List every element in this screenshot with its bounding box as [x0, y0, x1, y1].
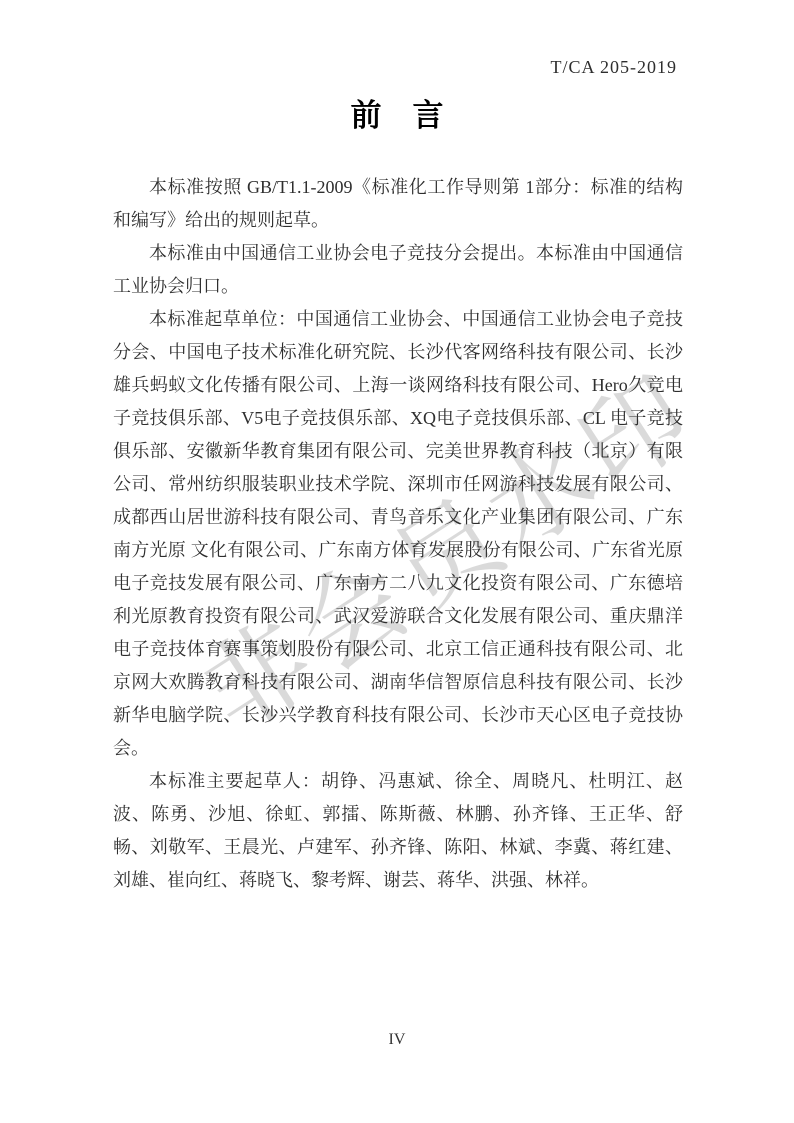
paragraph-proposed-by: 本标准由中国通信工业协会电子竞技分会提出。本标准由中国通信工业协会归口。	[113, 237, 683, 303]
paragraph-drafting-rules: 本标准按照 GB/T1.1-2009《标准化工作导则第 1部分：标准的结构和编写…	[113, 171, 683, 237]
standard-code-header: T/CA 205-2019	[0, 57, 677, 78]
document-page: T/CA 205-2019 前 言 非会员水印 本标准按照 GB/T1.1-20…	[0, 0, 794, 1123]
page-number: IV	[0, 1031, 794, 1049]
paragraph-drafting-organizations: 本标准起草单位：中国通信工业协会、中国通信工业协会电子竞技分会、中国电子技术标准…	[113, 303, 683, 765]
paragraph-main-drafters: 本标准主要起草人：胡铮、冯惠斌、徐全、周晓凡、杜明江、赵波、陈勇、沙旭、徐虹、郭…	[113, 765, 683, 897]
foreword-body: 本标准按照 GB/T1.1-2009《标准化工作导则第 1部分：标准的结构和编写…	[113, 171, 683, 897]
foreword-title: 前 言	[0, 90, 794, 135]
